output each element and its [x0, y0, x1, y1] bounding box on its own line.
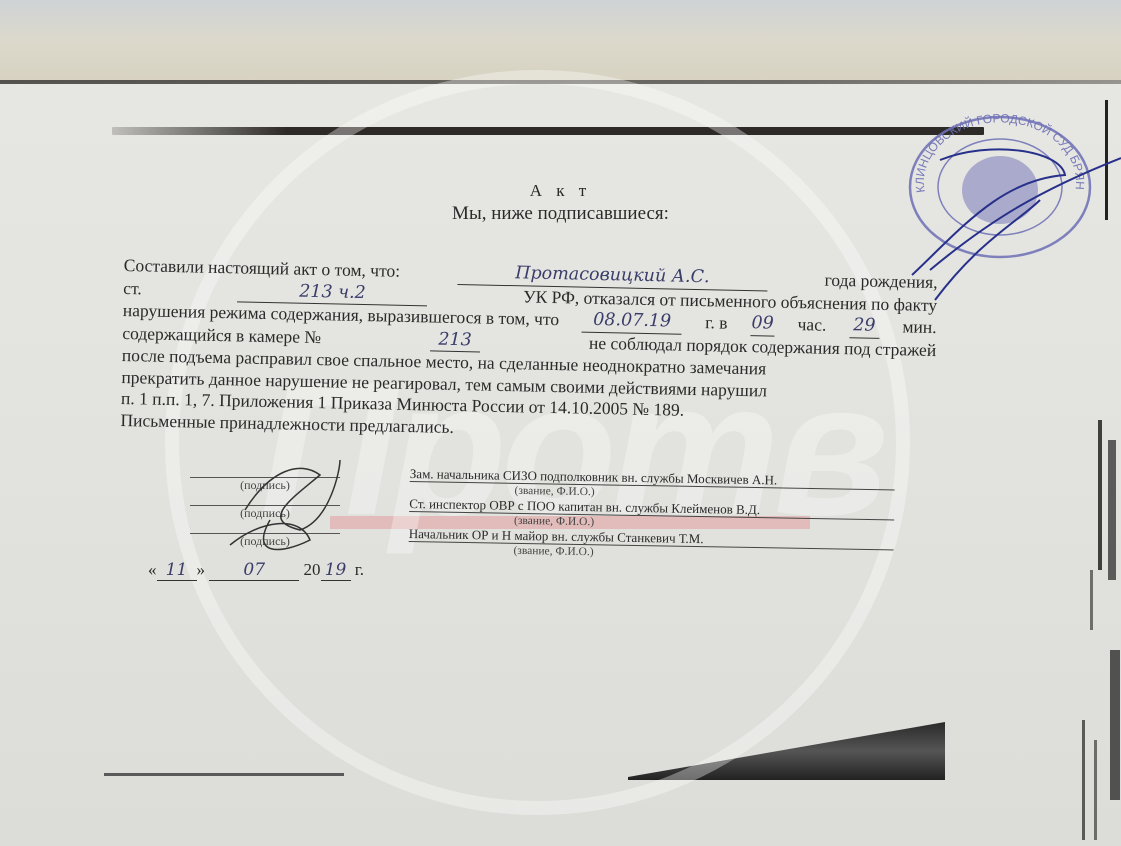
- paper-fold-line: [0, 80, 1121, 84]
- line3-g: г. в: [705, 312, 728, 335]
- violation-minute-field: 29: [849, 315, 879, 338]
- line1-suffix: года рождения,: [824, 270, 937, 295]
- court-seal-stamp: КЛИНЦОВСКИЙ ГОРОДСКОЙ СУД БРЯНСКОЙ ОБЛАС…: [905, 112, 1095, 262]
- quote-close: »: [197, 560, 206, 579]
- violation-date-field: 08.07.19: [582, 310, 682, 335]
- signature-block: (подпись) (подпись) (подпись): [190, 465, 340, 549]
- hour-label: час.: [797, 314, 826, 337]
- quote-open: «: [148, 560, 157, 579]
- coat-of-arms-icon: [962, 156, 1038, 224]
- date-year: 19: [321, 560, 351, 581]
- signature-caption-3: (подпись): [190, 534, 340, 549]
- cell-number-field: 213: [430, 329, 480, 353]
- signature-line-1: [190, 465, 340, 478]
- copier-artifact-wedge: [628, 722, 945, 780]
- date-month: 07: [209, 560, 299, 581]
- date-day: 11: [157, 560, 197, 581]
- signature-line-2: [190, 493, 340, 506]
- act-date: «11» 07 2019 г.: [148, 560, 364, 581]
- act-body: Составили настоящий акт о том, что: Прот…: [120, 255, 938, 448]
- copier-artifact-line: [104, 773, 344, 776]
- violation-hour-field: 09: [750, 313, 774, 336]
- signature-caption-2: (подпись): [190, 506, 340, 521]
- officials-list: Зам. начальника СИЗО подполковник вн. сл…: [408, 466, 894, 564]
- copier-artifact-bar: [112, 127, 984, 135]
- date-year-prefix: 20: [304, 560, 321, 579]
- background-surface: [0, 0, 1121, 90]
- date-suffix: г.: [355, 560, 364, 579]
- signature-caption-1: (подпись): [190, 478, 340, 493]
- minute-label: мин.: [902, 316, 937, 339]
- line2-prefix: ст.: [123, 277, 142, 300]
- signature-line-3: [190, 521, 340, 534]
